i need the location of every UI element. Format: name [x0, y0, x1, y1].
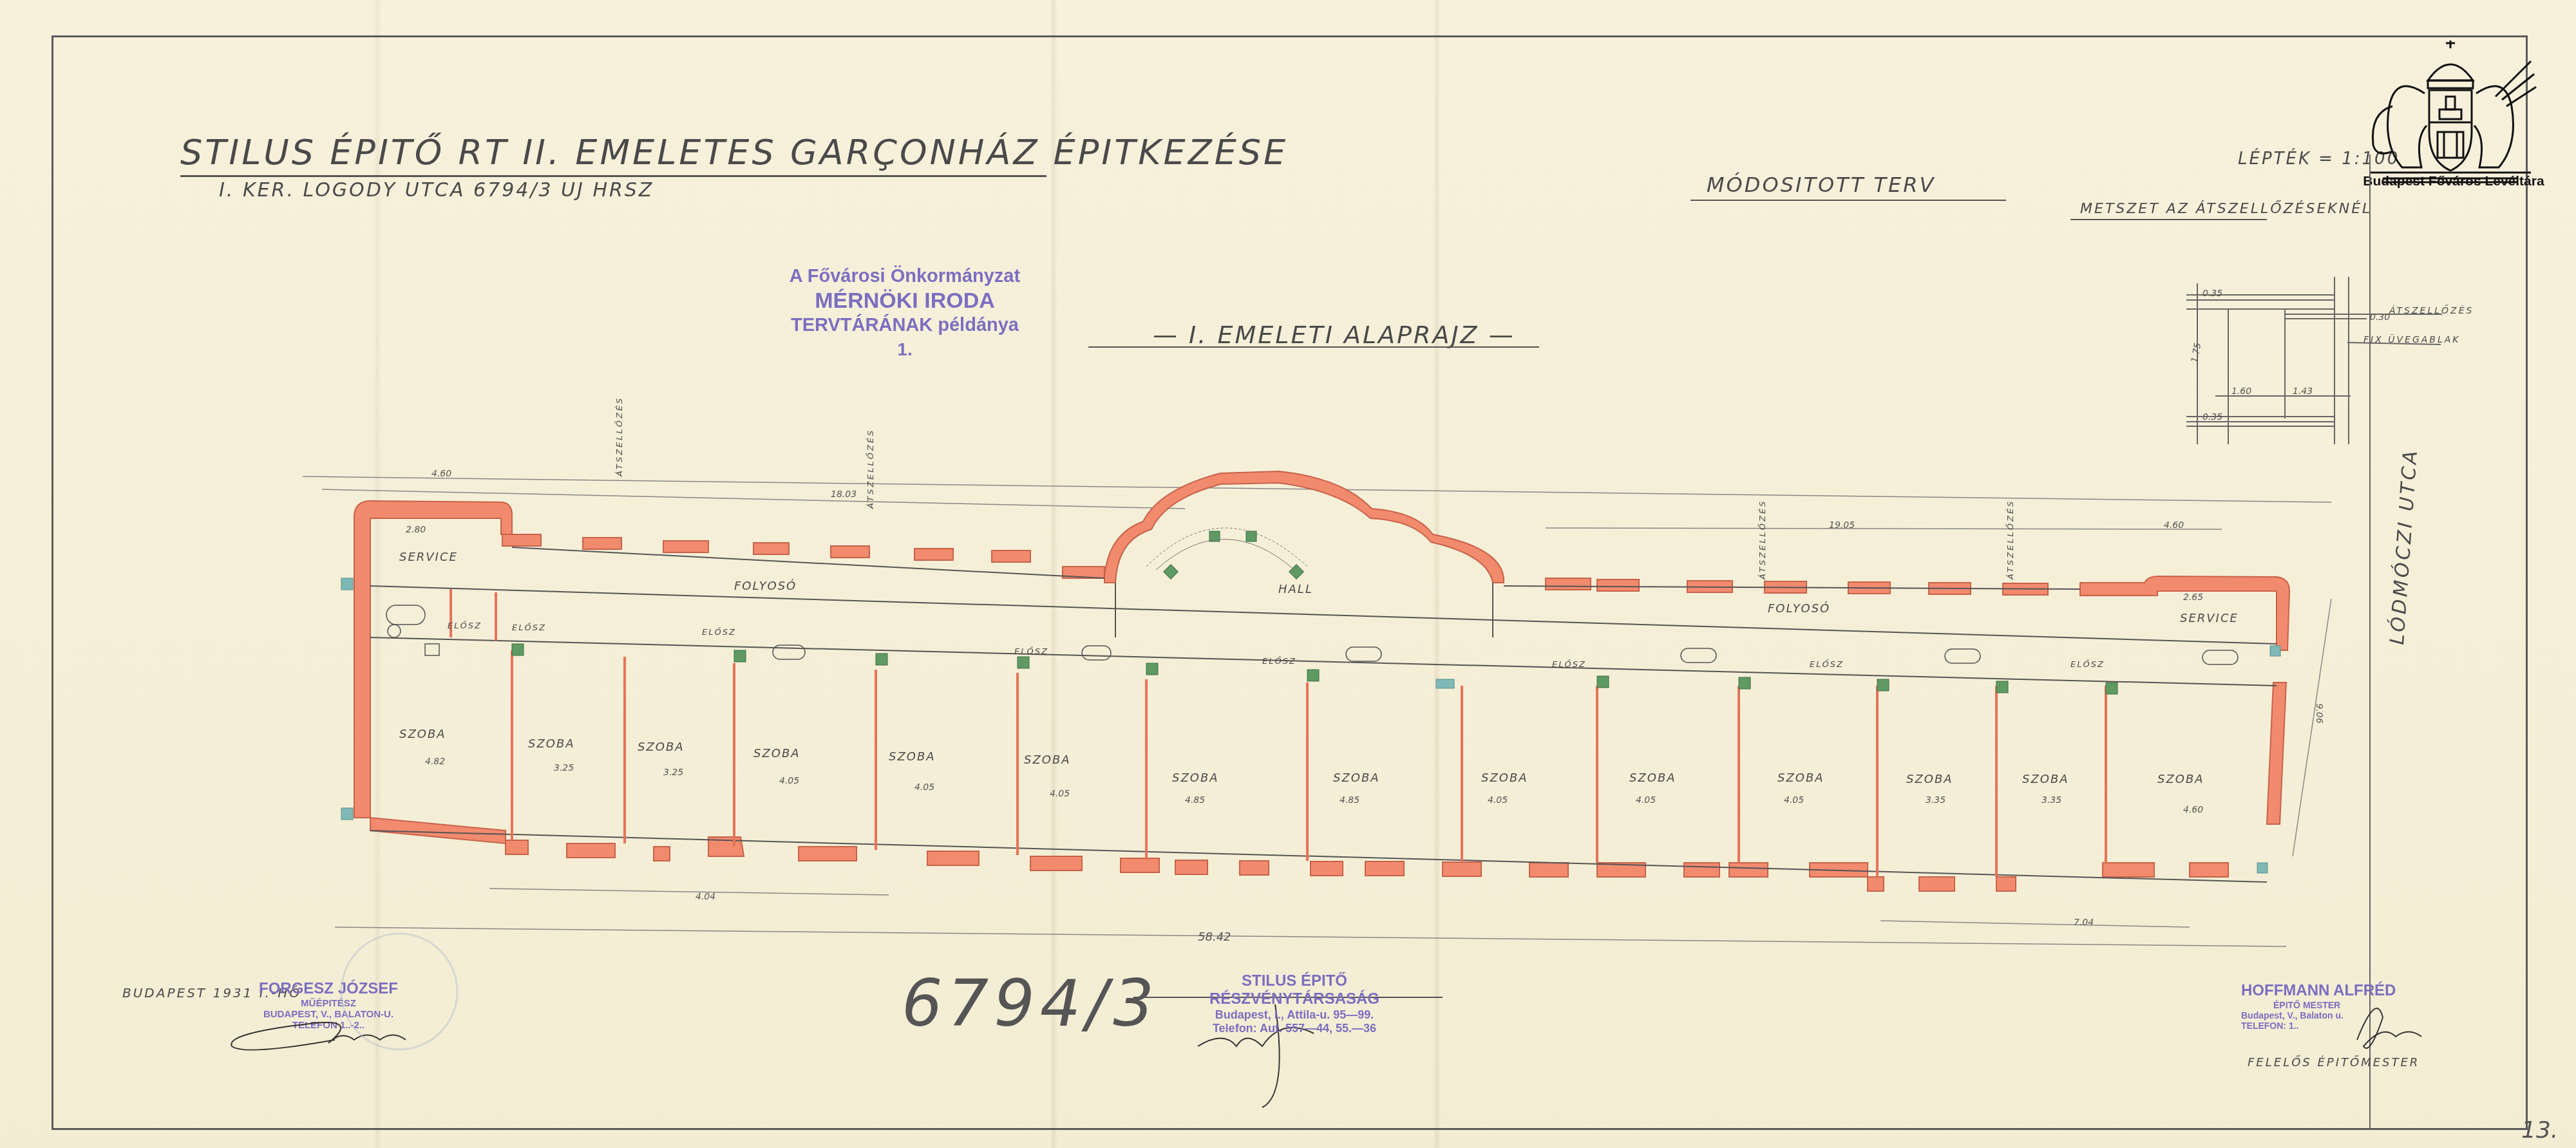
room-szoba-4: SZOBA [753, 747, 800, 760]
dim-bottom-left: 4.04 [696, 892, 715, 902]
stamp-forgesz-phone: TELEFON 1..-2.. [232, 1020, 425, 1031]
plan-number: 6794/3 [902, 966, 1159, 1041]
stilus-company-stamp: STILUS ÉPITŐ RÉSZVÉNYTÁRSASÁG Budapest, … [1159, 972, 1430, 1035]
room-service-right: SERVICE [2180, 612, 2239, 625]
room-width-dim: 4.85 [1185, 795, 1205, 805]
room-width-dim: 4.05 [779, 776, 799, 786]
ventilation-label: ÁTSZELLŐZÉS [2006, 500, 2016, 579]
ventilation-label: ÁTSZELLŐZÉS [615, 397, 625, 476]
room-width-dim: 4.05 [1636, 795, 1656, 805]
room-width-dim: 3.35 [2041, 795, 2061, 805]
room-szoba-12: SZOBA [1906, 773, 1953, 786]
stamp-forgesz-name: FORGESZ JÓZSEF [232, 980, 425, 998]
room-szoba-14: SZOBA [2157, 773, 2204, 786]
room-width-dim: 3.25 [554, 763, 574, 773]
room-anteroom: ELŐSZ [1810, 660, 1844, 670]
room-width-dim: 4.05 [1784, 795, 1804, 805]
room-width-dim: 4.82 [425, 757, 445, 767]
stamp-forgesz-address: BUDAPEST, V., BALATON-U. [232, 1009, 425, 1020]
room-anteroom: ELŐSZ [1014, 647, 1048, 657]
room-service-left: SERVICE [399, 550, 458, 564]
dim-service-right-width: 2.65 [2183, 592, 2203, 603]
room-width-dim: 4.05 [1050, 789, 1070, 799]
room-width-dim: 4.85 [1340, 795, 1359, 805]
dim-bottom-right: 7.04 [2074, 917, 2094, 928]
dim-right-depth: 9.06 [2314, 703, 2324, 723]
room-szoba-8: SZOBA [1333, 771, 1380, 785]
stamp-stilus-address: Budapest, I., Attila-u. 95—99. [1159, 1008, 1430, 1022]
stamp-hoffmann-address: Budapest, V., Balaton u. [2241, 1010, 2409, 1021]
room-anteroom: ELŐSZ [448, 621, 482, 631]
room-szoba-9: SZOBA [1481, 771, 1528, 785]
room-szoba-6: SZOBA [1024, 753, 1071, 767]
room-anteroom: ELŐSZ [702, 628, 736, 637]
stamp-hoffmann-name: HOFFMANN ALFRÉD [2241, 982, 2409, 1000]
ventilation-label: ÁTSZELLŐZÉS [1758, 500, 1768, 579]
page-number: 13. [2521, 1117, 2558, 1143]
hoffmann-builder-stamp: HOFFMANN ALFRÉD ÉPITŐ MESTER Budapest, V… [2241, 982, 2409, 1031]
room-width-dim: 4.60 [2183, 805, 2203, 815]
dim-left-run: 18.03 [831, 489, 857, 500]
dim-left-wing: 4.60 [431, 469, 451, 479]
room-anteroom: ELŐSZ [1552, 660, 1586, 670]
stamp-stilus-phone: Telefon: Aut. 557—44, 55.—36 [1159, 1022, 1430, 1035]
dim-service-width: 2.80 [406, 525, 426, 535]
forgesz-architect-stamp: FORGESZ JÓZSEF MŰÉPITÉSZ BUDAPEST, V., B… [232, 980, 425, 1031]
room-hall: HALL [1278, 583, 1313, 596]
room-szoba-1: SZOBA [399, 728, 446, 741]
room-anteroom: ELŐSZ [1262, 657, 1296, 666]
room-corridor-left: FOLYOSÓ [734, 579, 797, 593]
room-width-dim: 4.05 [1488, 795, 1508, 805]
dim-total-length: 58.42 [1198, 930, 1231, 944]
room-szoba-13: SZOBA [2022, 773, 2069, 786]
dim-right-wing: 4.60 [2164, 520, 2184, 531]
room-szoba-11: SZOBA [1777, 771, 1824, 785]
room-corridor-right: FOLYOSÓ [1768, 602, 1830, 616]
room-anteroom: ELŐSZ [2070, 660, 2105, 670]
room-width-dim: 3.25 [663, 767, 683, 778]
stamp-stilus-name: STILUS ÉPITŐ RÉSZVÉNYTÁRSASÁG [1159, 972, 1430, 1008]
room-anteroom: ELŐSZ [512, 623, 546, 633]
room-width-dim: 4.05 [914, 782, 934, 793]
room-szoba-10: SZOBA [1629, 771, 1676, 785]
room-szoba-3: SZOBA [638, 740, 685, 754]
stamp-hoffmann-role: ÉPITŐ MESTER [2241, 1000, 2409, 1010]
room-szoba-5: SZOBA [889, 750, 936, 764]
room-szoba-2: SZOBA [528, 737, 575, 751]
room-szoba-7: SZOBA [1172, 771, 1219, 785]
room-width-dim: 3.35 [1926, 795, 1946, 805]
dim-right-run: 19.05 [1829, 520, 1855, 531]
responsible-builder-label: FELELŐS ÉPITŐMESTER [2248, 1056, 2420, 1069]
stamp-hoffmann-phone: TELEFON: 1.. [2241, 1021, 2409, 1031]
ventilation-label: ÁTSZELLŐZÉS [866, 429, 876, 509]
stamp-forgesz-role: MŰÉPITÉSZ [232, 998, 425, 1009]
